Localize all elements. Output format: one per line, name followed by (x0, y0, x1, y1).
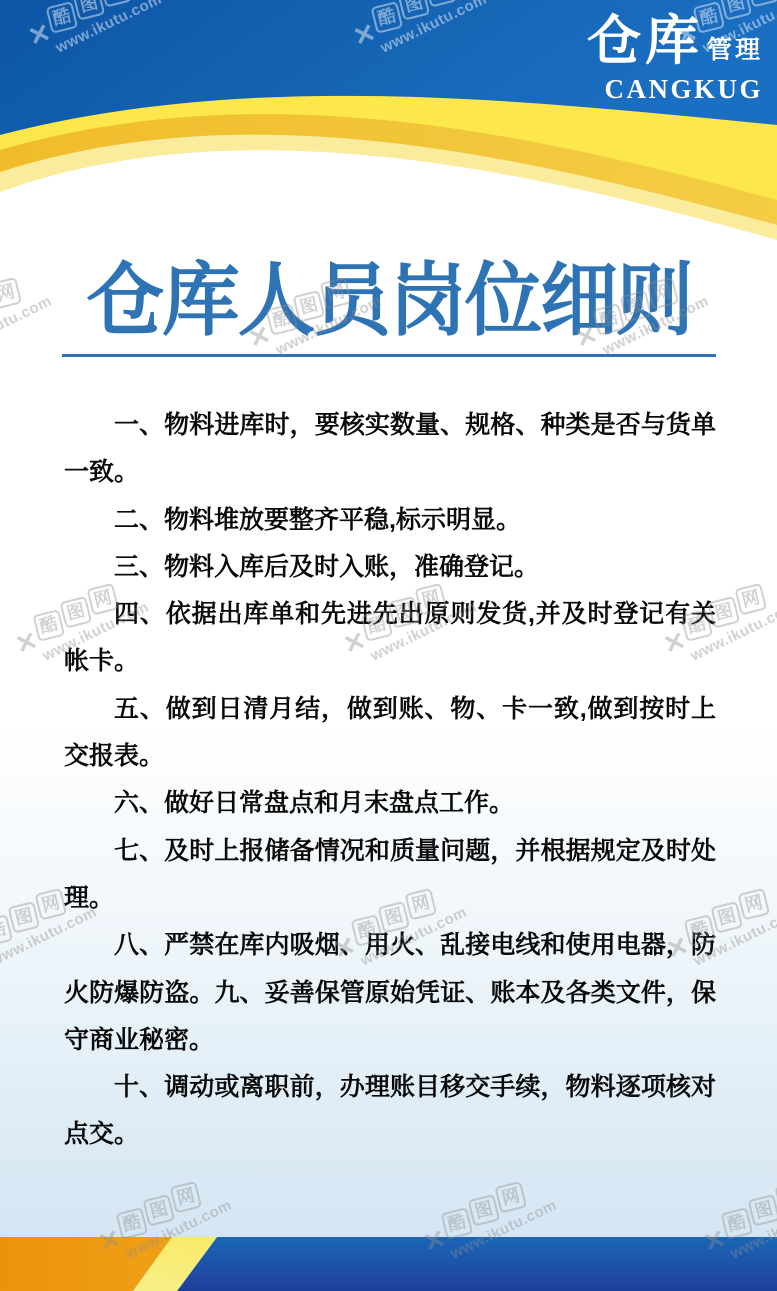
page-title: 仓库人员岗位细则 (72, 256, 706, 346)
footer-band (0, 1237, 777, 1291)
rule-item-1: 一、物料进库时，要核实数量、规格、种类是否与货单一致。 (64, 402, 716, 497)
brand-block: 仓库 管理 CANGKUG (587, 14, 763, 105)
watermark-logo-char: 图 (7, 901, 40, 934)
watermark-logo-char: 网 (494, 1181, 527, 1214)
header-banner: 仓库 管理 CANGKUG (0, 0, 777, 250)
watermark-logo-char: 图 (467, 1194, 500, 1227)
brand-cn-large: 仓库 (587, 14, 703, 68)
rules-list: 一、物料进库时，要核实数量、规格、种类是否与货单一致。 二、物料堆放要整齐平稳,… (64, 402, 716, 1159)
watermark-logo-char: 网 (734, 583, 767, 616)
watermark-logo-char: 网 (169, 1181, 202, 1214)
watermark-logo-char: 酷 (440, 1207, 473, 1240)
watermark-tile: ✕酷图网www.ikutu.com (0, 265, 55, 368)
brand-cn-small: 管理 (707, 38, 763, 63)
watermark-logo-char: 网 (737, 888, 770, 921)
watermark-logo-char: 酷 (0, 914, 13, 947)
watermark-logo-char: 网 (34, 888, 67, 921)
title-block: 仓库人员岗位细则 (62, 256, 716, 357)
title-underline (62, 354, 716, 357)
watermark-logo-char: 图 (142, 1194, 175, 1227)
rule-item-3: 三、物料入库后及时入账，准确登记。 (64, 544, 716, 591)
rule-item-10: 十、调动或离职前，办理账目移交手续，物料逐项核对点交。 (64, 1064, 716, 1159)
rule-item-8-9: 八、严禁在库内吸烟、用火、乱接电线和使用电器，防火防爆防盗。九、妥善保管原始凭证… (64, 922, 716, 1064)
watermark-logo-char: 酷 (32, 609, 65, 642)
rule-item-6: 六、做好日常盘点和月末盘点工作。 (64, 780, 716, 827)
rule-item-7: 七、及时上报储备情况和质量问题，并根据规定及时处理。 (64, 828, 716, 923)
watermark-logo-char: 图 (747, 1194, 777, 1227)
watermark-url: www.ikutu.com (0, 292, 55, 367)
rule-item-4: 四、依据出库单和先进先出原则发货,并及时登记有关帐卡。 (64, 591, 716, 686)
rule-item-5: 五、做到日清月结，做到账、物、卡一致,做到按时上交报表。 (64, 686, 716, 781)
watermark-logo-char: 网 (0, 277, 22, 310)
watermark-logo-char: 酷 (720, 1207, 753, 1240)
brand-en: CANGKUG (587, 74, 763, 105)
watermark-logo-char: 酷 (115, 1207, 148, 1240)
watermark-x-icon: ✕ (12, 626, 41, 657)
rule-item-2: 二、物料堆放要整齐平稳,标示明显。 (64, 497, 716, 544)
poster-root: 仓库 管理 CANGKUG 仓库人员岗位细则 一、物料进库时，要核实数量、规格、… (0, 0, 777, 1291)
